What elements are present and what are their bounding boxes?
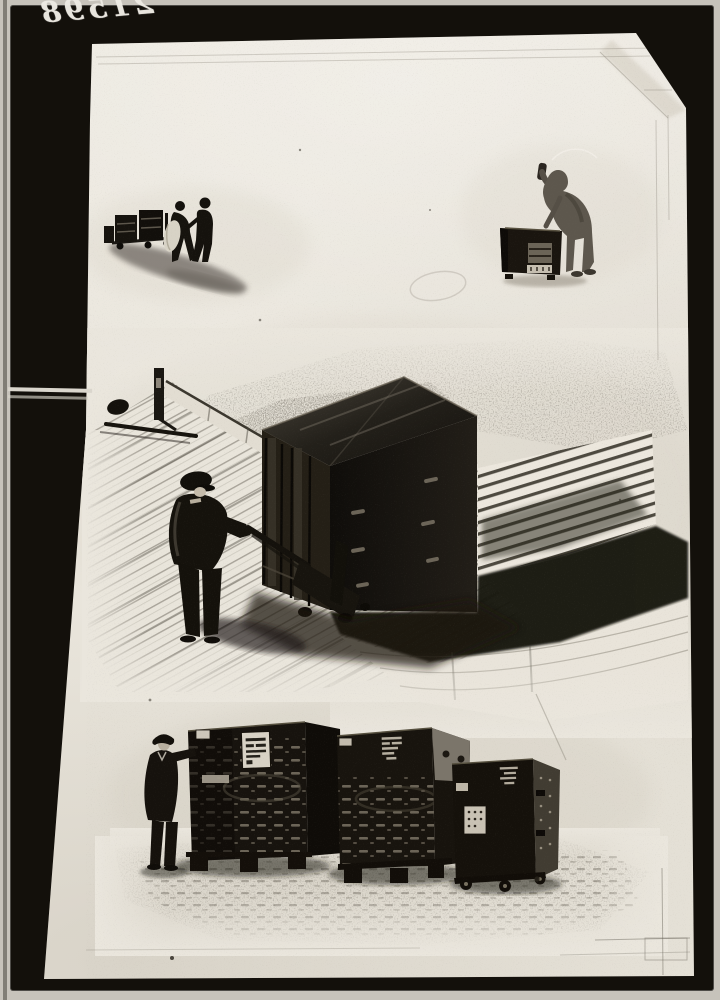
mount-edge-line: [3, 0, 7, 1000]
photo-paper: [0, 0, 720, 1000]
photo-artwork: [0, 0, 720, 1000]
border-scratch-line-2: [8, 395, 88, 399]
paper-marks: [86, 34, 696, 980]
border-scratch-line-1: [8, 387, 92, 393]
film-grain: [86, 34, 696, 980]
archival-photograph: 21598: [0, 0, 720, 1000]
border-scratch-mark: [8, 385, 94, 407]
